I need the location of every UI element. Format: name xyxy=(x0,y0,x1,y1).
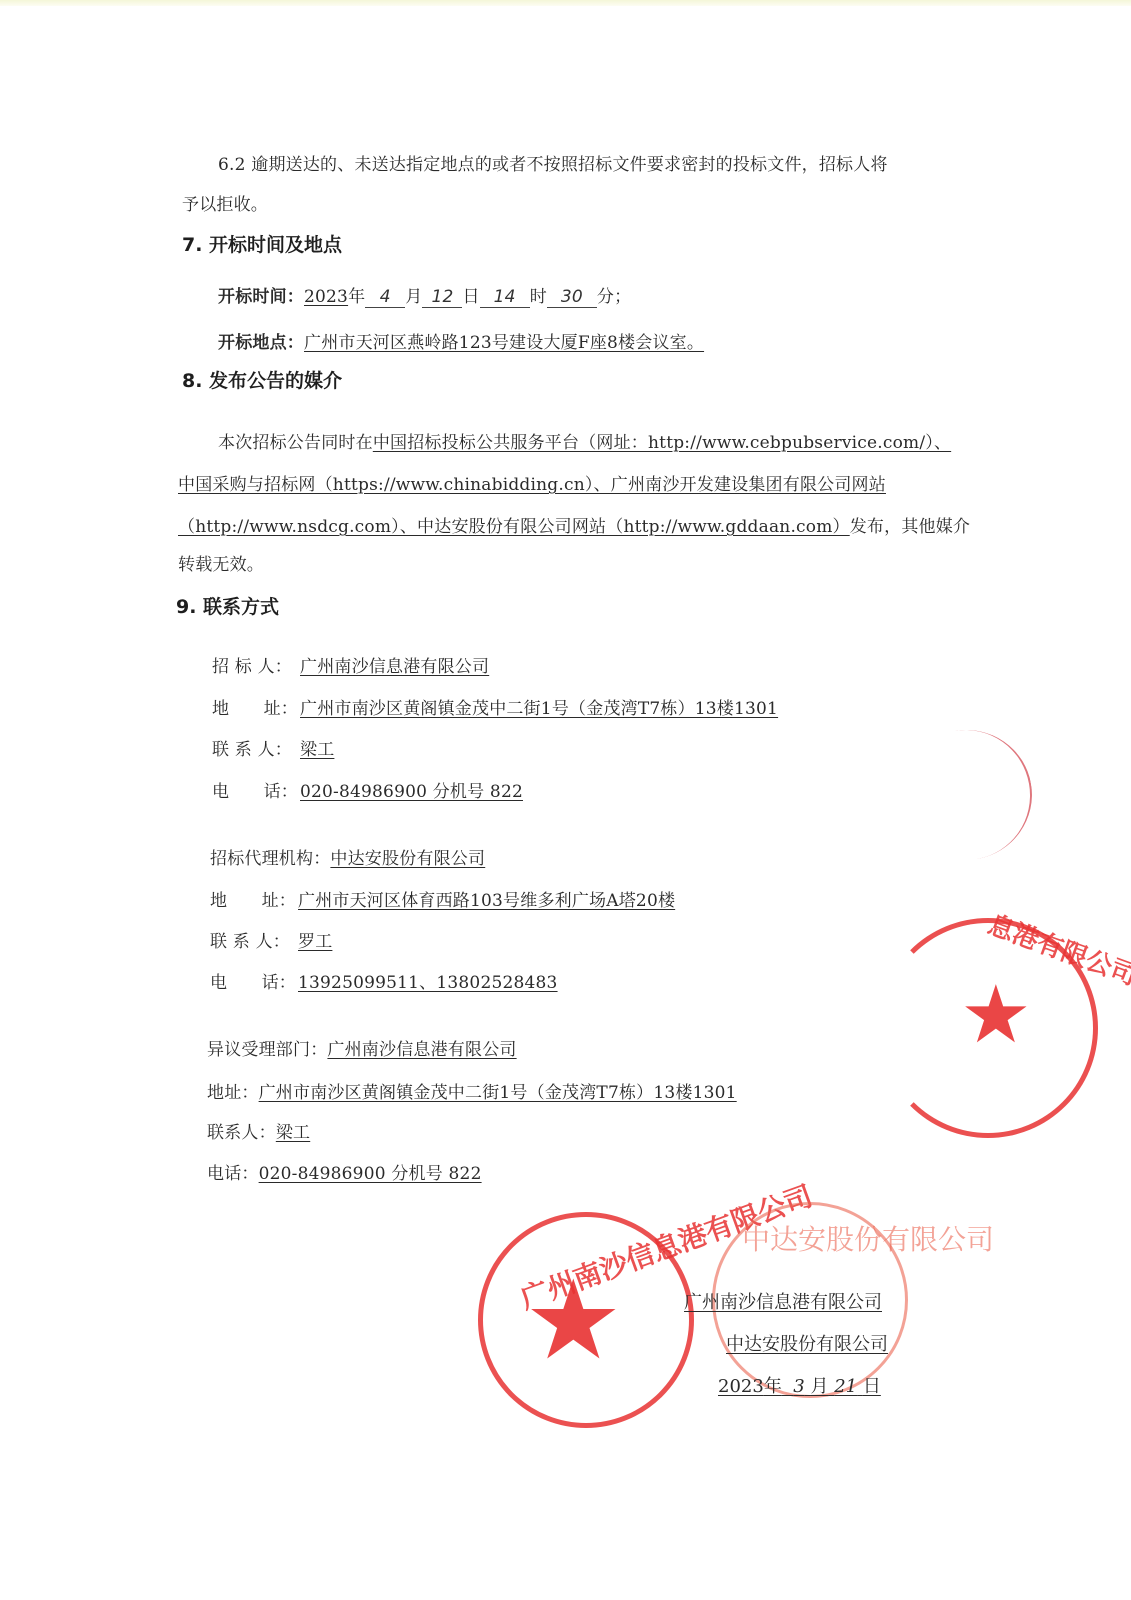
signature-month-unit: 月 xyxy=(810,1376,828,1397)
media-line1-prefix: 本次招标公告同时在 xyxy=(218,433,373,453)
objection-address-row: 地址：广州市南沙区黄阁镇金茂中二街1号（金茂湾T7栋）13楼1301 xyxy=(207,1078,737,1103)
agency-name-label: 招标代理机构： xyxy=(210,849,330,869)
media-line3: （http://www.nsdcg.com）、中达安股份有限公司网站（http:… xyxy=(178,512,970,537)
media-link-nsdcg-gddaan[interactable]: （http://www.nsdcg.com）、中达安股份有限公司网站（http:… xyxy=(178,517,850,537)
section-9-heading: 9. 联系方式 xyxy=(176,592,279,619)
signature-company-nansha: 广州南沙信息港有限公司 xyxy=(684,1288,882,1314)
tenderer-phone-label: 电 话： xyxy=(212,777,300,802)
opening-place-row: 开标地点：广州市天河区燕岭路123号建设大厦F座8楼会议室。 xyxy=(218,328,704,353)
objection-phone: 020-84986900 分机号 822 xyxy=(259,1164,482,1184)
agency-contact-label: 联 系 人： xyxy=(210,927,298,952)
agency-address-row: 地 址：广州市天河区体育西路103号维多利广场A塔20楼 xyxy=(210,886,675,911)
month-unit: 月 xyxy=(405,287,422,307)
seal-text-zhongdaan: 中达安股份有限公司 xyxy=(742,1218,994,1258)
side-stamp-arc-upper xyxy=(890,720,1043,871)
objection-contact-row: 联系人：梁工 xyxy=(207,1118,310,1143)
opening-time-label: 开标时间： xyxy=(218,287,304,307)
objection-contact-label: 联系人： xyxy=(207,1123,276,1143)
objection-phone-label: 电话： xyxy=(207,1164,259,1184)
signature-year: 2023 xyxy=(718,1376,764,1397)
agency-address-label: 地 址： xyxy=(210,886,298,911)
opening-hour: 14 xyxy=(480,287,530,308)
opening-minute: 30 xyxy=(547,287,597,308)
agency-phone-row: 电 话：13925099511、13802528483 xyxy=(210,968,558,993)
signature-day-unit: 日 xyxy=(863,1376,881,1397)
side-stamp-star-icon: ★ xyxy=(960,975,1032,1055)
tenderer-name: 广州南沙信息港有限公司 xyxy=(300,657,489,677)
para-6-2-line1: 6.2 逾期送达的、未送达指定地点的或者不按照招标文件要求密封的投标文件，招标人… xyxy=(218,150,888,175)
signature-year-unit: 年 xyxy=(764,1376,782,1397)
tenderer-address: 广州市南沙区黄阁镇金茂中二街1号（金茂湾T7栋）13楼1301 xyxy=(300,699,778,719)
signature-day: 21 xyxy=(834,1376,857,1397)
page-top-edge xyxy=(0,0,1131,6)
para-6-2-line2: 予以拒收。 xyxy=(182,190,268,215)
agency-name-row: 招标代理机构：中达安股份有限公司 xyxy=(210,844,485,869)
signature-month: 3 xyxy=(793,1376,804,1397)
agency-contact-row: 联 系 人：罗工 xyxy=(210,927,332,952)
agency-phone: 13925099511、13802528483 xyxy=(298,973,558,993)
media-link-chinabidding-nsdcg[interactable]: 中国采购与招标网（https://www.chinabidding.cn）、广州… xyxy=(178,470,886,495)
agency-address: 广州市天河区体育西路103号维多利广场A塔20楼 xyxy=(298,891,675,911)
media-link-cebpubservice[interactable]: 中国招标投标公共服务平台（网址：http://www.cebpubservice… xyxy=(373,433,951,453)
media-line4: 转载无效。 xyxy=(178,550,264,575)
objection-dept-row: 异议受理部门：广州南沙信息港有限公司 xyxy=(207,1035,517,1060)
agency-name: 中达安股份有限公司 xyxy=(330,849,485,869)
tenderer-address-label: 地 址： xyxy=(212,694,300,719)
objection-dept-label: 异议受理部门： xyxy=(207,1040,327,1060)
tenderer-name-row: 招 标 人：广州南沙信息港有限公司 xyxy=(212,652,489,677)
objection-phone-row: 电话：020-84986900 分机号 822 xyxy=(207,1159,482,1184)
opening-place-label: 开标地点： xyxy=(218,333,304,353)
tenderer-phone-row: 电 话：020-84986900 分机号 822 xyxy=(212,777,523,802)
signature-company-zhongdaan: 中达安股份有限公司 xyxy=(726,1330,888,1356)
objection-address: 广州市南沙区黄阁镇金茂中二街1号（金茂湾T7栋）13楼1301 xyxy=(259,1083,737,1103)
tenderer-contact: 梁工 xyxy=(300,740,334,760)
opening-month: 4 xyxy=(365,287,405,308)
objection-dept: 广州南沙信息港有限公司 xyxy=(327,1040,516,1060)
tenderer-contact-row: 联 系 人：梁工 xyxy=(212,735,334,760)
opening-day: 12 xyxy=(422,287,462,308)
media-line3-suffix: 发布，其他媒介 xyxy=(850,517,970,537)
signature-date: 2023年 3 月 21 日 xyxy=(718,1372,881,1398)
tenderer-contact-label: 联 系 人： xyxy=(212,735,300,760)
media-line1: 本次招标公告同时在中国招标投标公共服务平台（网址：http://www.cebp… xyxy=(218,428,951,453)
objection-address-label: 地址： xyxy=(207,1083,259,1103)
tenderer-name-label: 招 标 人： xyxy=(212,652,300,677)
agency-phone-label: 电 话： xyxy=(210,968,298,993)
agency-contact: 罗工 xyxy=(298,932,332,952)
year-unit: 年 xyxy=(348,287,365,307)
section-8-heading: 8. 发布公告的媒介 xyxy=(182,366,342,393)
opening-year: 2023 xyxy=(304,287,348,307)
hour-unit: 时 xyxy=(530,287,547,307)
tenderer-phone: 020-84986900 分机号 822 xyxy=(300,782,523,802)
section-7-heading: 7. 开标时间及地点 xyxy=(182,230,342,257)
day-unit: 日 xyxy=(462,287,479,307)
opening-place-value: 广州市天河区燕岭路123号建设大厦F座8楼会议室。 xyxy=(304,333,704,353)
objection-contact: 梁工 xyxy=(276,1123,310,1143)
minute-unit: 分； xyxy=(597,287,631,307)
tenderer-address-row: 地 址：广州市南沙区黄阁镇金茂中二街1号（金茂湾T7栋）13楼1301 xyxy=(212,694,778,719)
opening-time-row: 开标时间：2023年4月12日14时30分； xyxy=(218,282,631,308)
